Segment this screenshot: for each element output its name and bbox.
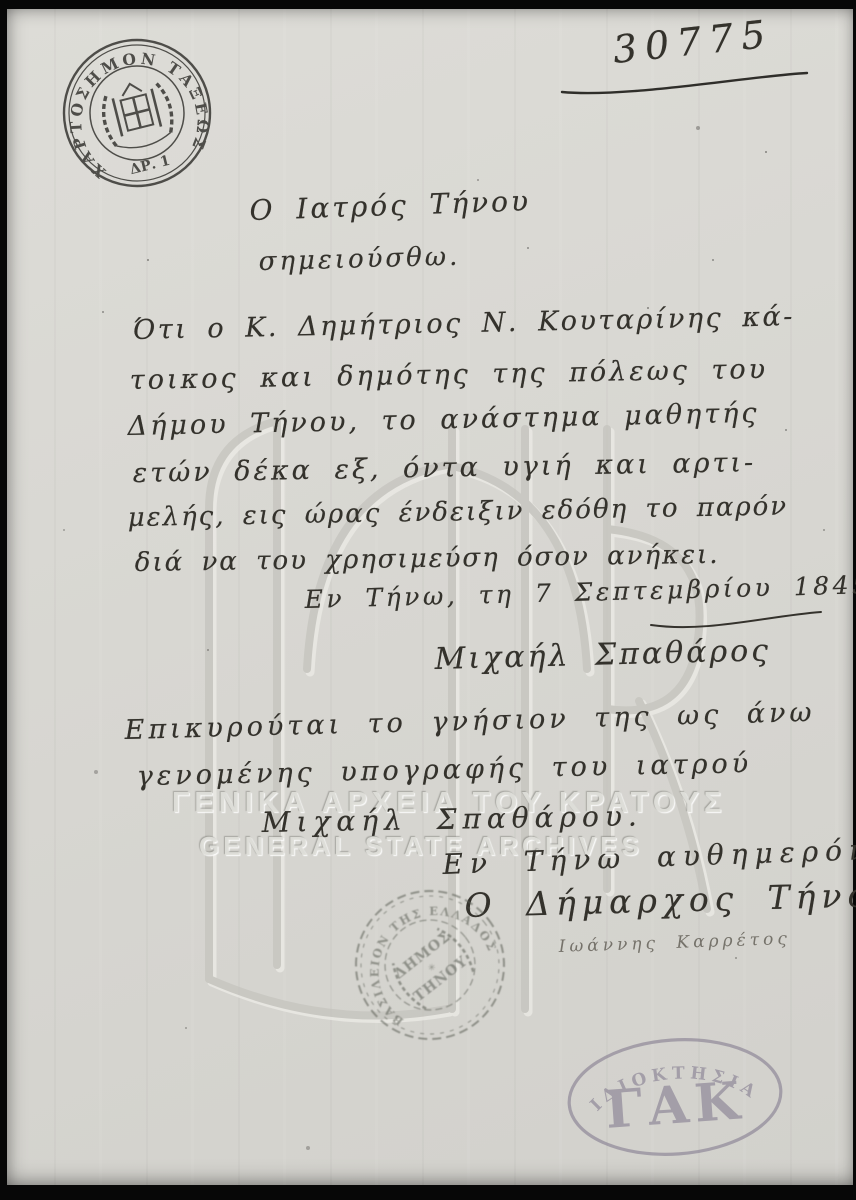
- paper-specks: [7, 9, 9, 11]
- body-line-1: Ότι ο Κ. Δημήτριος Ν. Κουταρίνης κά-: [132, 303, 795, 344]
- scanned-page: ΓΕΝΙΚΑ ΑΡΧΕΙΑ ΤΟΥ ΚΡΑΤΟΥΣ GENERAL STATE …: [0, 0, 856, 1200]
- body-line-6: διά να του χρησιμεύση όσον ανήκει.: [135, 542, 720, 576]
- archive-number-underline: [559, 65, 811, 99]
- revenue-stamp: ΧΑΡΤΟΣΗΜΟΝ ΤΑΞΕΩΣ ΔΡ. 1: [42, 18, 231, 207]
- archive-number: 30775: [611, 14, 775, 69]
- doctor-signature: Μιχαήλ Σπαθάρος: [434, 636, 771, 675]
- paper: ΓΕΝΙΚΑ ΑΡΧΕΙΑ ΤΟΥ ΚΡΑΤΟΥΣ GENERAL STATE …: [7, 9, 853, 1185]
- gak-stamp: ΙΔΙΟΚΤΗΣΙΑ ΓΑΚ: [555, 1023, 796, 1171]
- heading-line-2: σημειούσθω.: [258, 244, 460, 275]
- date-flourish: [647, 607, 827, 633]
- gak-stamp-center-text: ΓΑΚ: [603, 1070, 747, 1141]
- heading-line-1: Ο Ιατρός Τήνου: [249, 187, 531, 225]
- mayor-line: Ο Δήμαρχος Τήνου.: [464, 877, 856, 922]
- cert-line-3: Μιχαήλ Σπαθάρου.: [262, 802, 643, 837]
